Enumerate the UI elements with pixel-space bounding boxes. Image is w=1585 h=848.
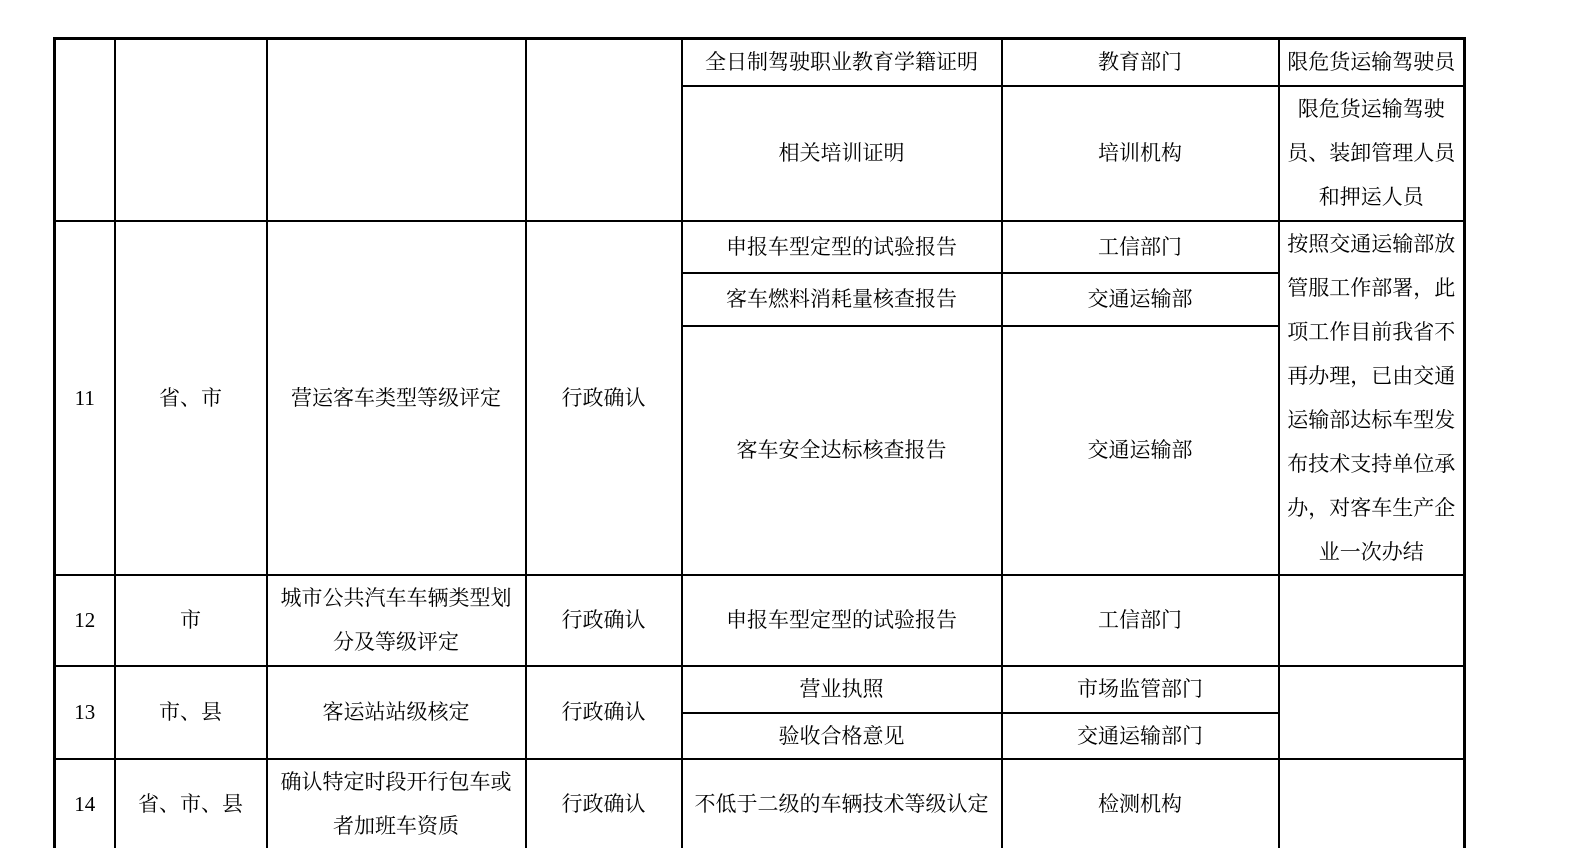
cell-note [1279,666,1465,759]
cell-material: 不低于二级的车辆技术等级认定 [682,759,1002,848]
cell-item: 营运客车类型等级评定 [267,221,526,575]
cell-note [1279,759,1465,848]
table-body: 全日制驾驶职业教育学籍证明教育部门限危货运输驾驶员相关培训证明培训机构限危货运输… [55,39,1465,848]
cell-level-prev [115,39,267,221]
cell-department: 交通运输部门 [1002,713,1279,759]
cell-department: 检测机构 [1002,759,1279,848]
cell-note: 限危货运输驾驶员 [1279,39,1465,86]
cell-type: 行政确认 [526,575,682,666]
cell-material: 相关培训证明 [682,86,1002,221]
table-row: 12市城市公共汽车车辆类型划分及等级评定行政确认申报车型定型的试验报告工信部门 [55,575,1465,666]
cell-type-prev [526,39,682,221]
cell-note [1279,575,1465,666]
cell-department: 市场监管部门 [1002,666,1279,713]
cell-level: 市 [115,575,267,666]
cell-type: 行政确认 [526,759,682,848]
table-row: 14省、市、县确认特定时段开行包车或者加班车资质行政确认不低于二级的车辆技术等级… [55,759,1465,848]
cell-material: 客车燃料消耗量核查报告 [682,273,1002,326]
cell-number: 14 [55,759,115,848]
cell-level: 市、县 [115,666,267,759]
cell-department: 工信部门 [1002,221,1279,273]
cell-number: 12 [55,575,115,666]
cell-item: 城市公共汽车车辆类型划分及等级评定 [267,575,526,666]
cell-department: 工信部门 [1002,575,1279,666]
table-row: 13市、县客运站站级核定行政确认营业执照市场监管部门 [55,666,1465,713]
document-page: 全日制驾驶职业教育学籍证明教育部门限危货运输驾驶员相关培训证明培训机构限危货运输… [0,0,1585,848]
cell-material: 客车安全达标核查报告 [682,326,1002,575]
cell-note: 按照交通运输部放管服工作部署，此项工作目前我省不再办理，已由交通运输部达标车型发… [1279,221,1465,575]
cell-item-prev [267,39,526,221]
cell-material: 全日制驾驶职业教育学籍证明 [682,39,1002,86]
cell-note: 限危货运输驾驶员、装卸管理人员和押运人员 [1279,86,1465,221]
cell-type: 行政确认 [526,221,682,575]
cell-department: 交通运输部 [1002,326,1279,575]
cell-number: 11 [55,221,115,575]
cell-material: 申报车型定型的试验报告 [682,575,1002,666]
cell-type: 行政确认 [526,666,682,759]
table-row: 全日制驾驶职业教育学籍证明教育部门限危货运输驾驶员 [55,39,1465,86]
cell-item: 确认特定时段开行包车或者加班车资质 [267,759,526,848]
cell-number: 13 [55,666,115,759]
cell-level: 省、市 [115,221,267,575]
cell-material: 验收合格意见 [682,713,1002,759]
cell-department: 培训机构 [1002,86,1279,221]
cell-item: 客运站站级核定 [267,666,526,759]
document-table: 全日制驾驶职业教育学籍证明教育部门限危货运输驾驶员相关培训证明培训机构限危货运输… [53,37,1466,848]
cell-level: 省、市、县 [115,759,267,848]
cell-material: 申报车型定型的试验报告 [682,221,1002,273]
cell-department: 交通运输部 [1002,273,1279,326]
cell-material: 营业执照 [682,666,1002,713]
cell-department: 教育部门 [1002,39,1279,86]
cell-number-prev [55,39,115,221]
table-row: 11省、市营运客车类型等级评定行政确认申报车型定型的试验报告工信部门按照交通运输… [55,221,1465,273]
